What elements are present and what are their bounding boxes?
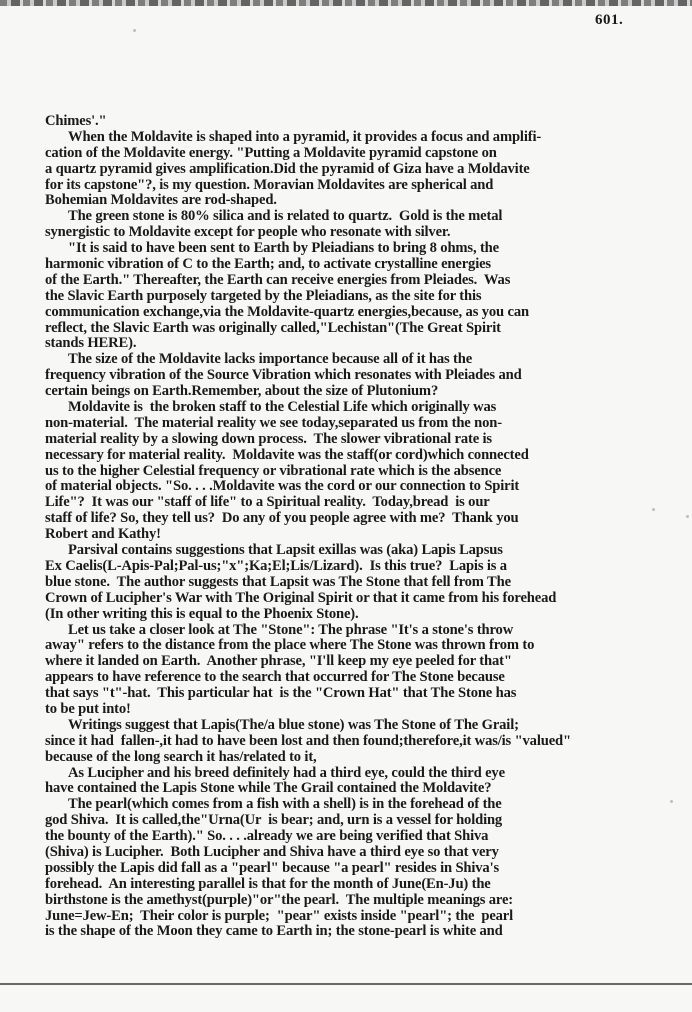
document-body: Chimes'."When the Moldavite is shaped in… — [45, 114, 692, 940]
text-line: As Lucipher and his breed definitely had… — [45, 766, 692, 782]
text-line: The pearl(which comes from a fish with a… — [45, 797, 692, 813]
text-line: Moldavite is the broken staff to the Cel… — [45, 400, 692, 416]
text-line: a quartz pyramid gives amplification.Did… — [45, 162, 692, 178]
text-line: communication exchange,via the Moldavite… — [45, 305, 692, 321]
text-line: of the Earth." Thereafter, the Earth can… — [45, 273, 692, 289]
text-line: cation of the Moldavite energy. "Putting… — [45, 146, 692, 162]
text-line: staff of life? So, they tell us? Do any … — [45, 511, 692, 527]
text-line: us to the higher Celestial frequency or … — [45, 464, 692, 480]
scan-edge — [0, 0, 692, 6]
text-line: appears to have reference to the search … — [45, 670, 692, 686]
text-line: of material objects. "So. . . .Moldavite… — [45, 479, 692, 495]
scan-speck — [686, 515, 689, 518]
text-line: Let us take a closer look at The "Stone"… — [45, 623, 692, 639]
page-bottom-rule — [0, 983, 692, 985]
text-line: blue stone. The author suggests that Lap… — [45, 575, 692, 591]
text-line: (In other writing this is equal to the P… — [45, 607, 692, 623]
scan-speck — [652, 508, 655, 511]
text-line: The green stone is 80% silica and is rel… — [45, 209, 692, 225]
text-line: because of the long search it has/relate… — [45, 750, 692, 766]
text-line: When the Moldavite is shaped into a pyra… — [45, 130, 692, 146]
text-line: Bohemian Moldavites are rod-shaped. — [45, 193, 692, 209]
text-line: possibly the Lapis did fall as a "pearl"… — [45, 861, 692, 877]
text-line: Crown of Lucipher's War with The Origina… — [45, 591, 692, 607]
text-line: "It is said to have been sent to Earth b… — [45, 241, 692, 257]
text-line: Parsival contains suggestions that Lapsi… — [45, 543, 692, 559]
text-line: Life"? It was our "staff of life" to a S… — [45, 495, 692, 511]
text-line: certain beings on Earth.Remember, about … — [45, 384, 692, 400]
text-line: where it landed on Earth. Another phrase… — [45, 654, 692, 670]
text-line: The size of the Moldavite lacks importan… — [45, 352, 692, 368]
scan-speck — [133, 29, 136, 32]
text-line: to be put into! — [45, 702, 692, 718]
text-line: Robert and Kathy! — [45, 527, 692, 543]
text-line: the Slavic Earth purposely targeted by t… — [45, 289, 692, 305]
text-line: June=Jew-En; Their color is purple; "pea… — [45, 909, 692, 925]
text-line: god Shiva. It is called,the"Urna(Ur is b… — [45, 813, 692, 829]
text-line: birthstone is the amethyst(purple)"or"th… — [45, 893, 692, 909]
text-line: for its capstone"?, is my question. Mora… — [45, 178, 692, 194]
text-line: frequency vibration of the Source Vibrat… — [45, 368, 692, 384]
text-line: is the shape of the Moon they came to Ea… — [45, 924, 692, 940]
text-line: synergistic to Moldavite except for peop… — [45, 225, 692, 241]
text-line: Chimes'." — [45, 114, 692, 130]
text-line: (Shiva) is Lucipher. Both Lucipher and S… — [45, 845, 692, 861]
text-line: forehead. An interesting parallel is tha… — [45, 877, 692, 893]
text-line: since it had fallen-,it had to have been… — [45, 734, 692, 750]
text-line: the bounty of the Earth)." So. . . .alre… — [45, 829, 692, 845]
text-line: away" refers to the distance from the pl… — [45, 638, 692, 654]
text-line: reflect, the Slavic Earth was originally… — [45, 321, 692, 337]
text-line: non-material. The material reality we se… — [45, 416, 692, 432]
text-line: material reality by a slowing down proce… — [45, 432, 692, 448]
scan-speck — [670, 800, 673, 803]
page-number: 601. — [595, 12, 623, 29]
text-line: have contained the Lapis Stone while The… — [45, 781, 692, 797]
text-line: necessary for material reality. Moldavit… — [45, 448, 692, 464]
text-line: stands HERE). — [45, 336, 692, 352]
text-line: harmonic vibration of C to the Earth; an… — [45, 257, 692, 273]
text-line: that says "t"-hat. This particular hat i… — [45, 686, 692, 702]
text-line: Ex Caelis(L-Apis-Pal;Pal-us;"x";Ka;El;Li… — [45, 559, 692, 575]
text-line: Writings suggest that Lapis(The/a blue s… — [45, 718, 692, 734]
